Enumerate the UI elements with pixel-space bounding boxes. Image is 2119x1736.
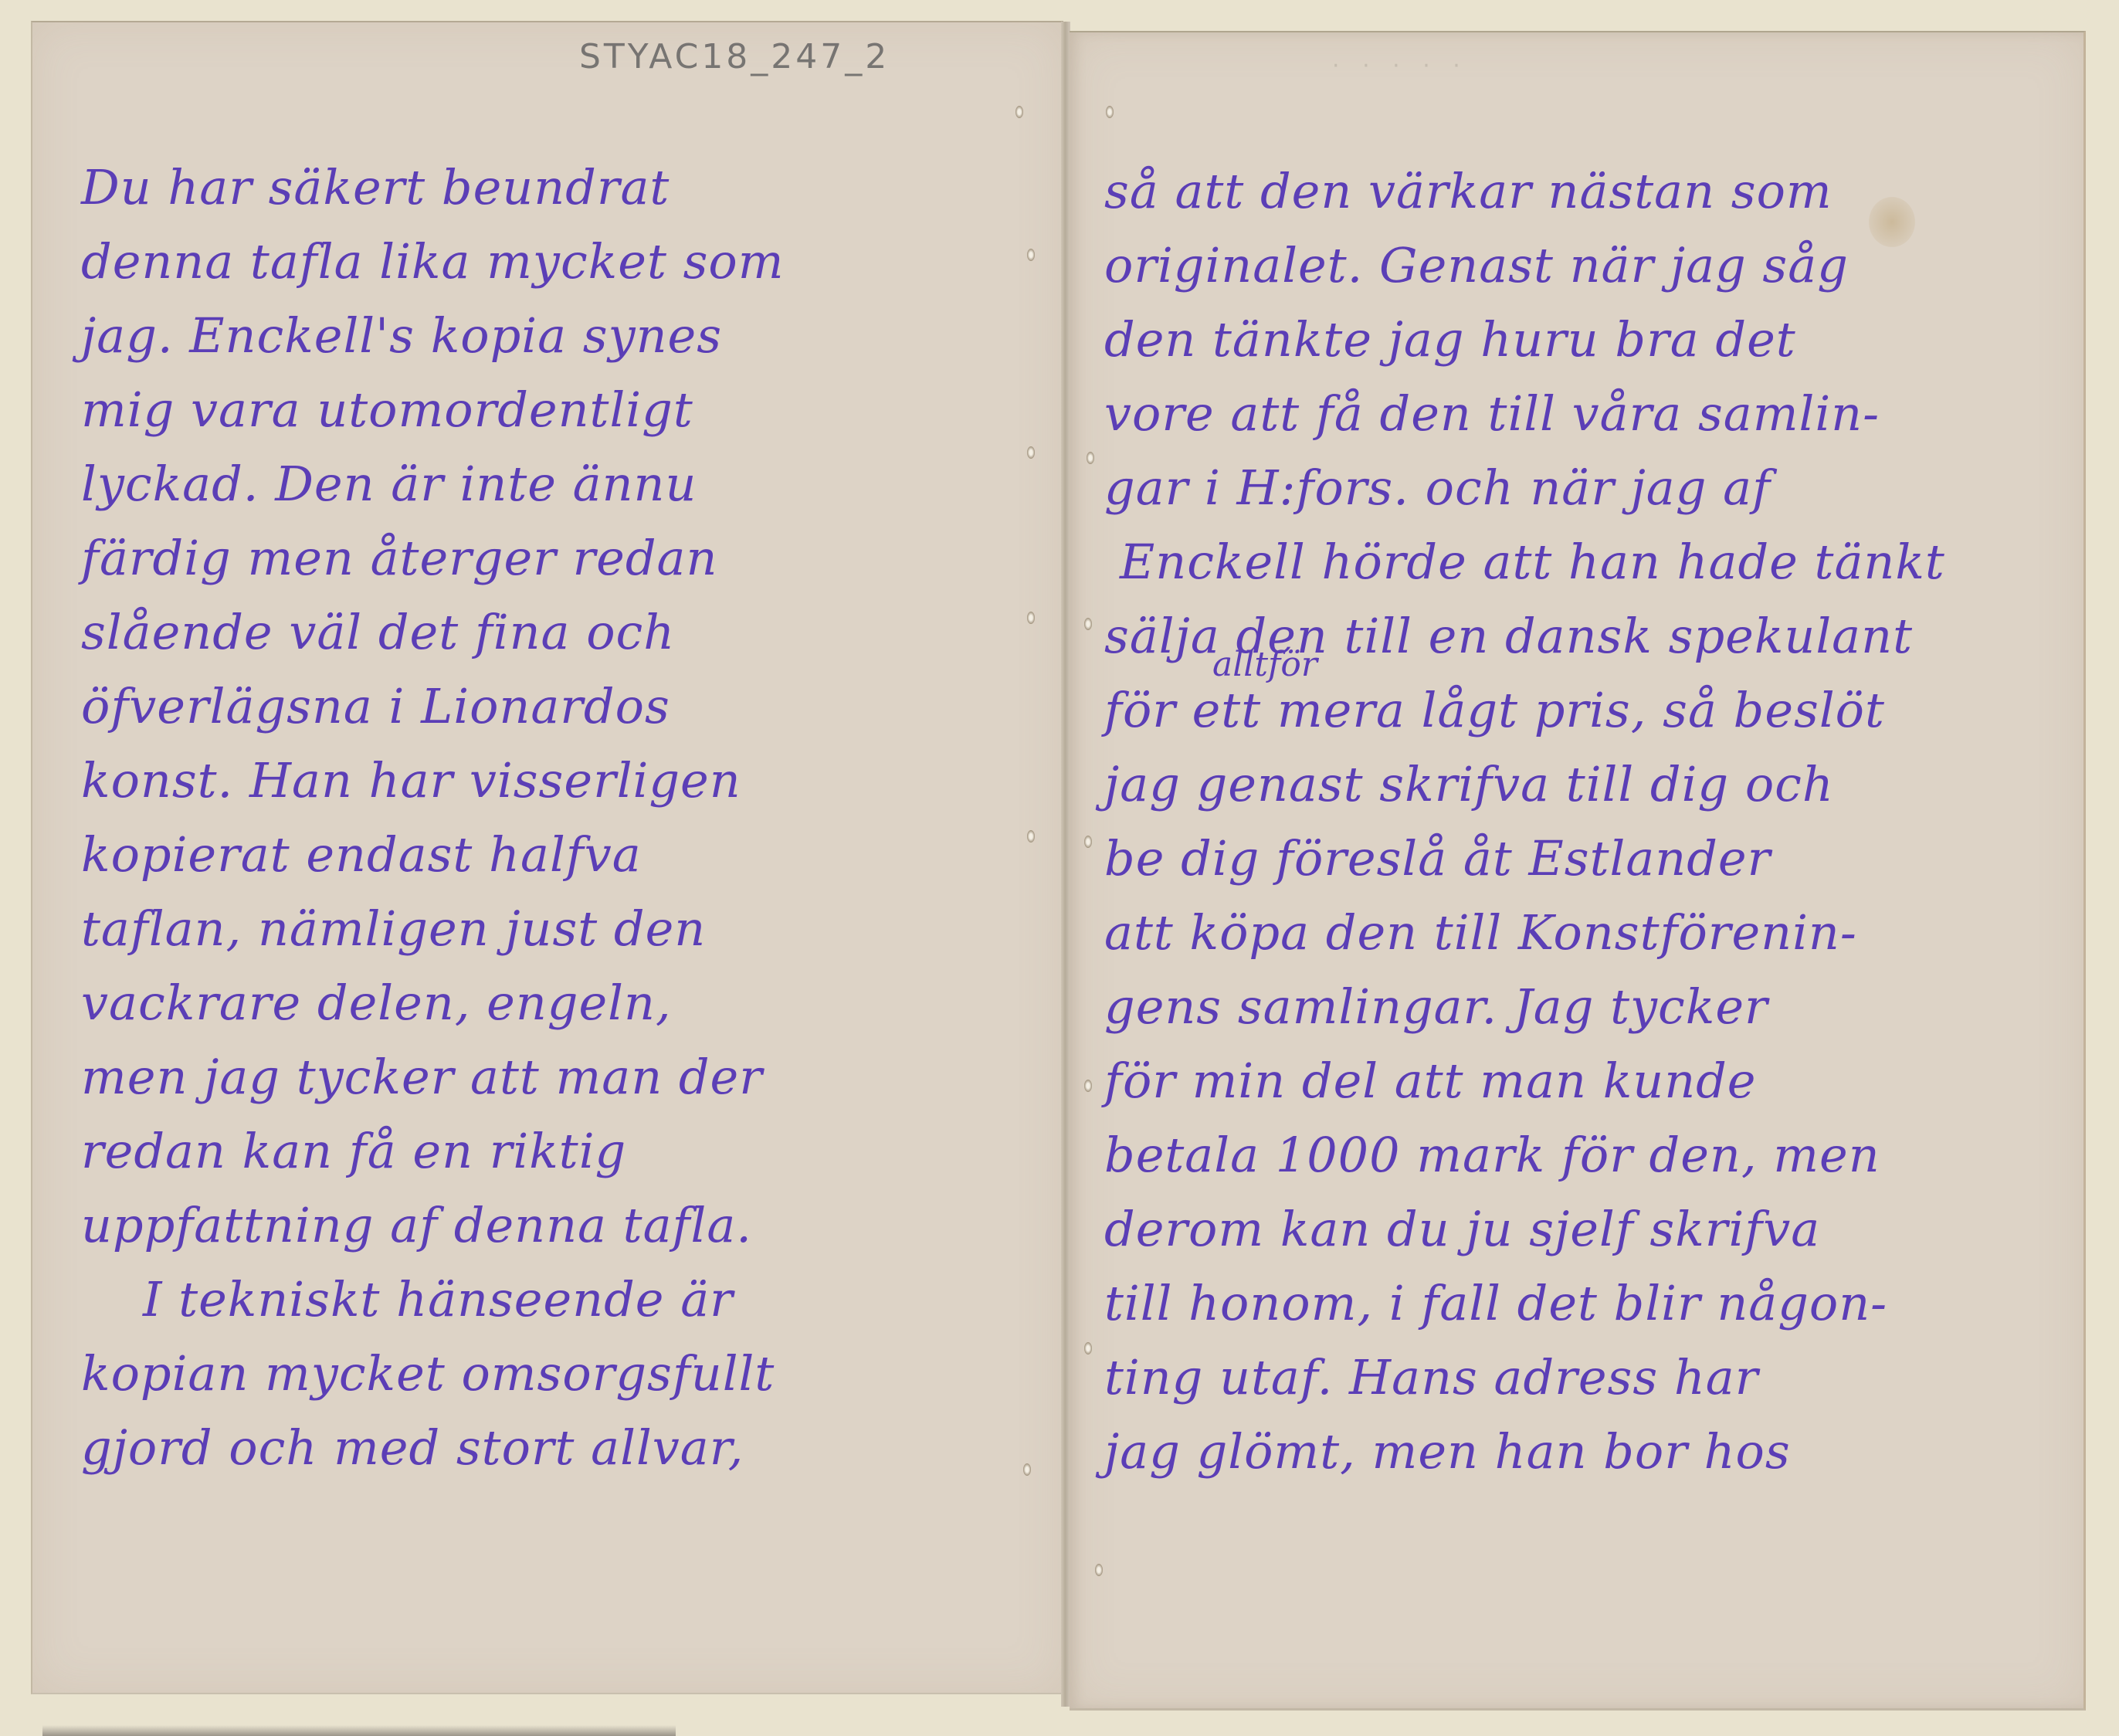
left-page-text: Du har säkert beundrat denna tafla lika …	[81, 151, 1054, 1485]
text-line: lyckad. Den är inte ännu	[81, 447, 1054, 521]
text-line: betala 1000 mark för den, men	[1104, 1118, 2077, 1192]
text-line: så att den värkar nästan som	[1104, 154, 2077, 229]
text-line: jag. Enckell's kopia synes	[81, 299, 1054, 373]
text-line: vore att få den till våra samlin-	[1104, 377, 2077, 451]
text-line: gens samlingar. Jag tycker	[1104, 970, 2077, 1044]
text-line: färdig men återger redan	[81, 521, 1054, 595]
text-line: I tekniskt hänseende är	[81, 1263, 1054, 1337]
text-line: Du har säkert beundrat	[81, 151, 1054, 225]
text-line: taflan, nämligen just den	[81, 892, 1054, 966]
text-line: till honom, i fall det blir någon-	[1104, 1266, 2077, 1341]
text-line: denna tafla lika mycket som	[81, 225, 1054, 299]
text-line: den tänkte jag huru bra det	[1104, 303, 2077, 377]
binding-hole	[1084, 1342, 1092, 1355]
text-line: slående väl det fina och	[81, 595, 1054, 670]
mount-edge-shadow	[42, 1725, 676, 1736]
binding-hole	[1015, 106, 1023, 118]
text-line: men jag tycker att man der	[81, 1040, 1054, 1114]
text-line: mig vara utomordentligt	[81, 373, 1054, 447]
text-line: sälja den till en dansk spekulant	[1104, 599, 2077, 673]
text-line: konst. Han har visserligen	[81, 744, 1054, 818]
text-line: att köpa den till Konstförenin-	[1104, 896, 2077, 970]
text-line: originalet. Genast när jag såg	[1104, 229, 2077, 303]
text-line: uppfattning af denna tafla.	[81, 1188, 1054, 1263]
text-line: jag glömt, men han bor hos	[1104, 1415, 2077, 1489]
text-line: jag genast skrifva till dig och	[1104, 748, 2077, 822]
binding-hole	[1106, 106, 1114, 118]
binding-hole	[1095, 1564, 1103, 1576]
text-line: ting utaf. Hans adress har	[1104, 1341, 2077, 1415]
text-line: redan kan få en riktig	[81, 1114, 1054, 1188]
text-line: för min del att man kunde	[1104, 1044, 2077, 1118]
binding-hole	[1084, 618, 1092, 630]
text-line: vackrare delen, engeln,	[81, 966, 1054, 1040]
right-page-text: så att den värkar nästan som originalet.…	[1104, 154, 2077, 1489]
text-line: derom kan du ju sjelf skrifva	[1104, 1192, 2077, 1266]
text-line: gar i H:fors. och när jag af	[1104, 451, 2077, 525]
binding-hole	[1084, 1080, 1092, 1092]
binding-hole	[1087, 452, 1094, 464]
text-line: för ett mera lågt pris, så beslöt	[1104, 673, 2077, 748]
text-line: kopian mycket omsorgsfullt	[81, 1337, 1054, 1411]
faint-pencil-mark: · · · · ·	[1332, 53, 1468, 80]
archival-label: STYAC18_247_2	[579, 37, 890, 76]
text-line: Enckell hörde att han hade tänkt	[1104, 525, 2077, 599]
text-line: gjord och med stort allvar,	[81, 1411, 1054, 1485]
text-line: be dig föreslå åt Estlander	[1104, 822, 2077, 896]
text-line: kopierat endast halfva	[81, 818, 1054, 892]
binding-hole	[1084, 836, 1092, 848]
text-line: öfverlägsna i Lionardos	[81, 670, 1054, 744]
